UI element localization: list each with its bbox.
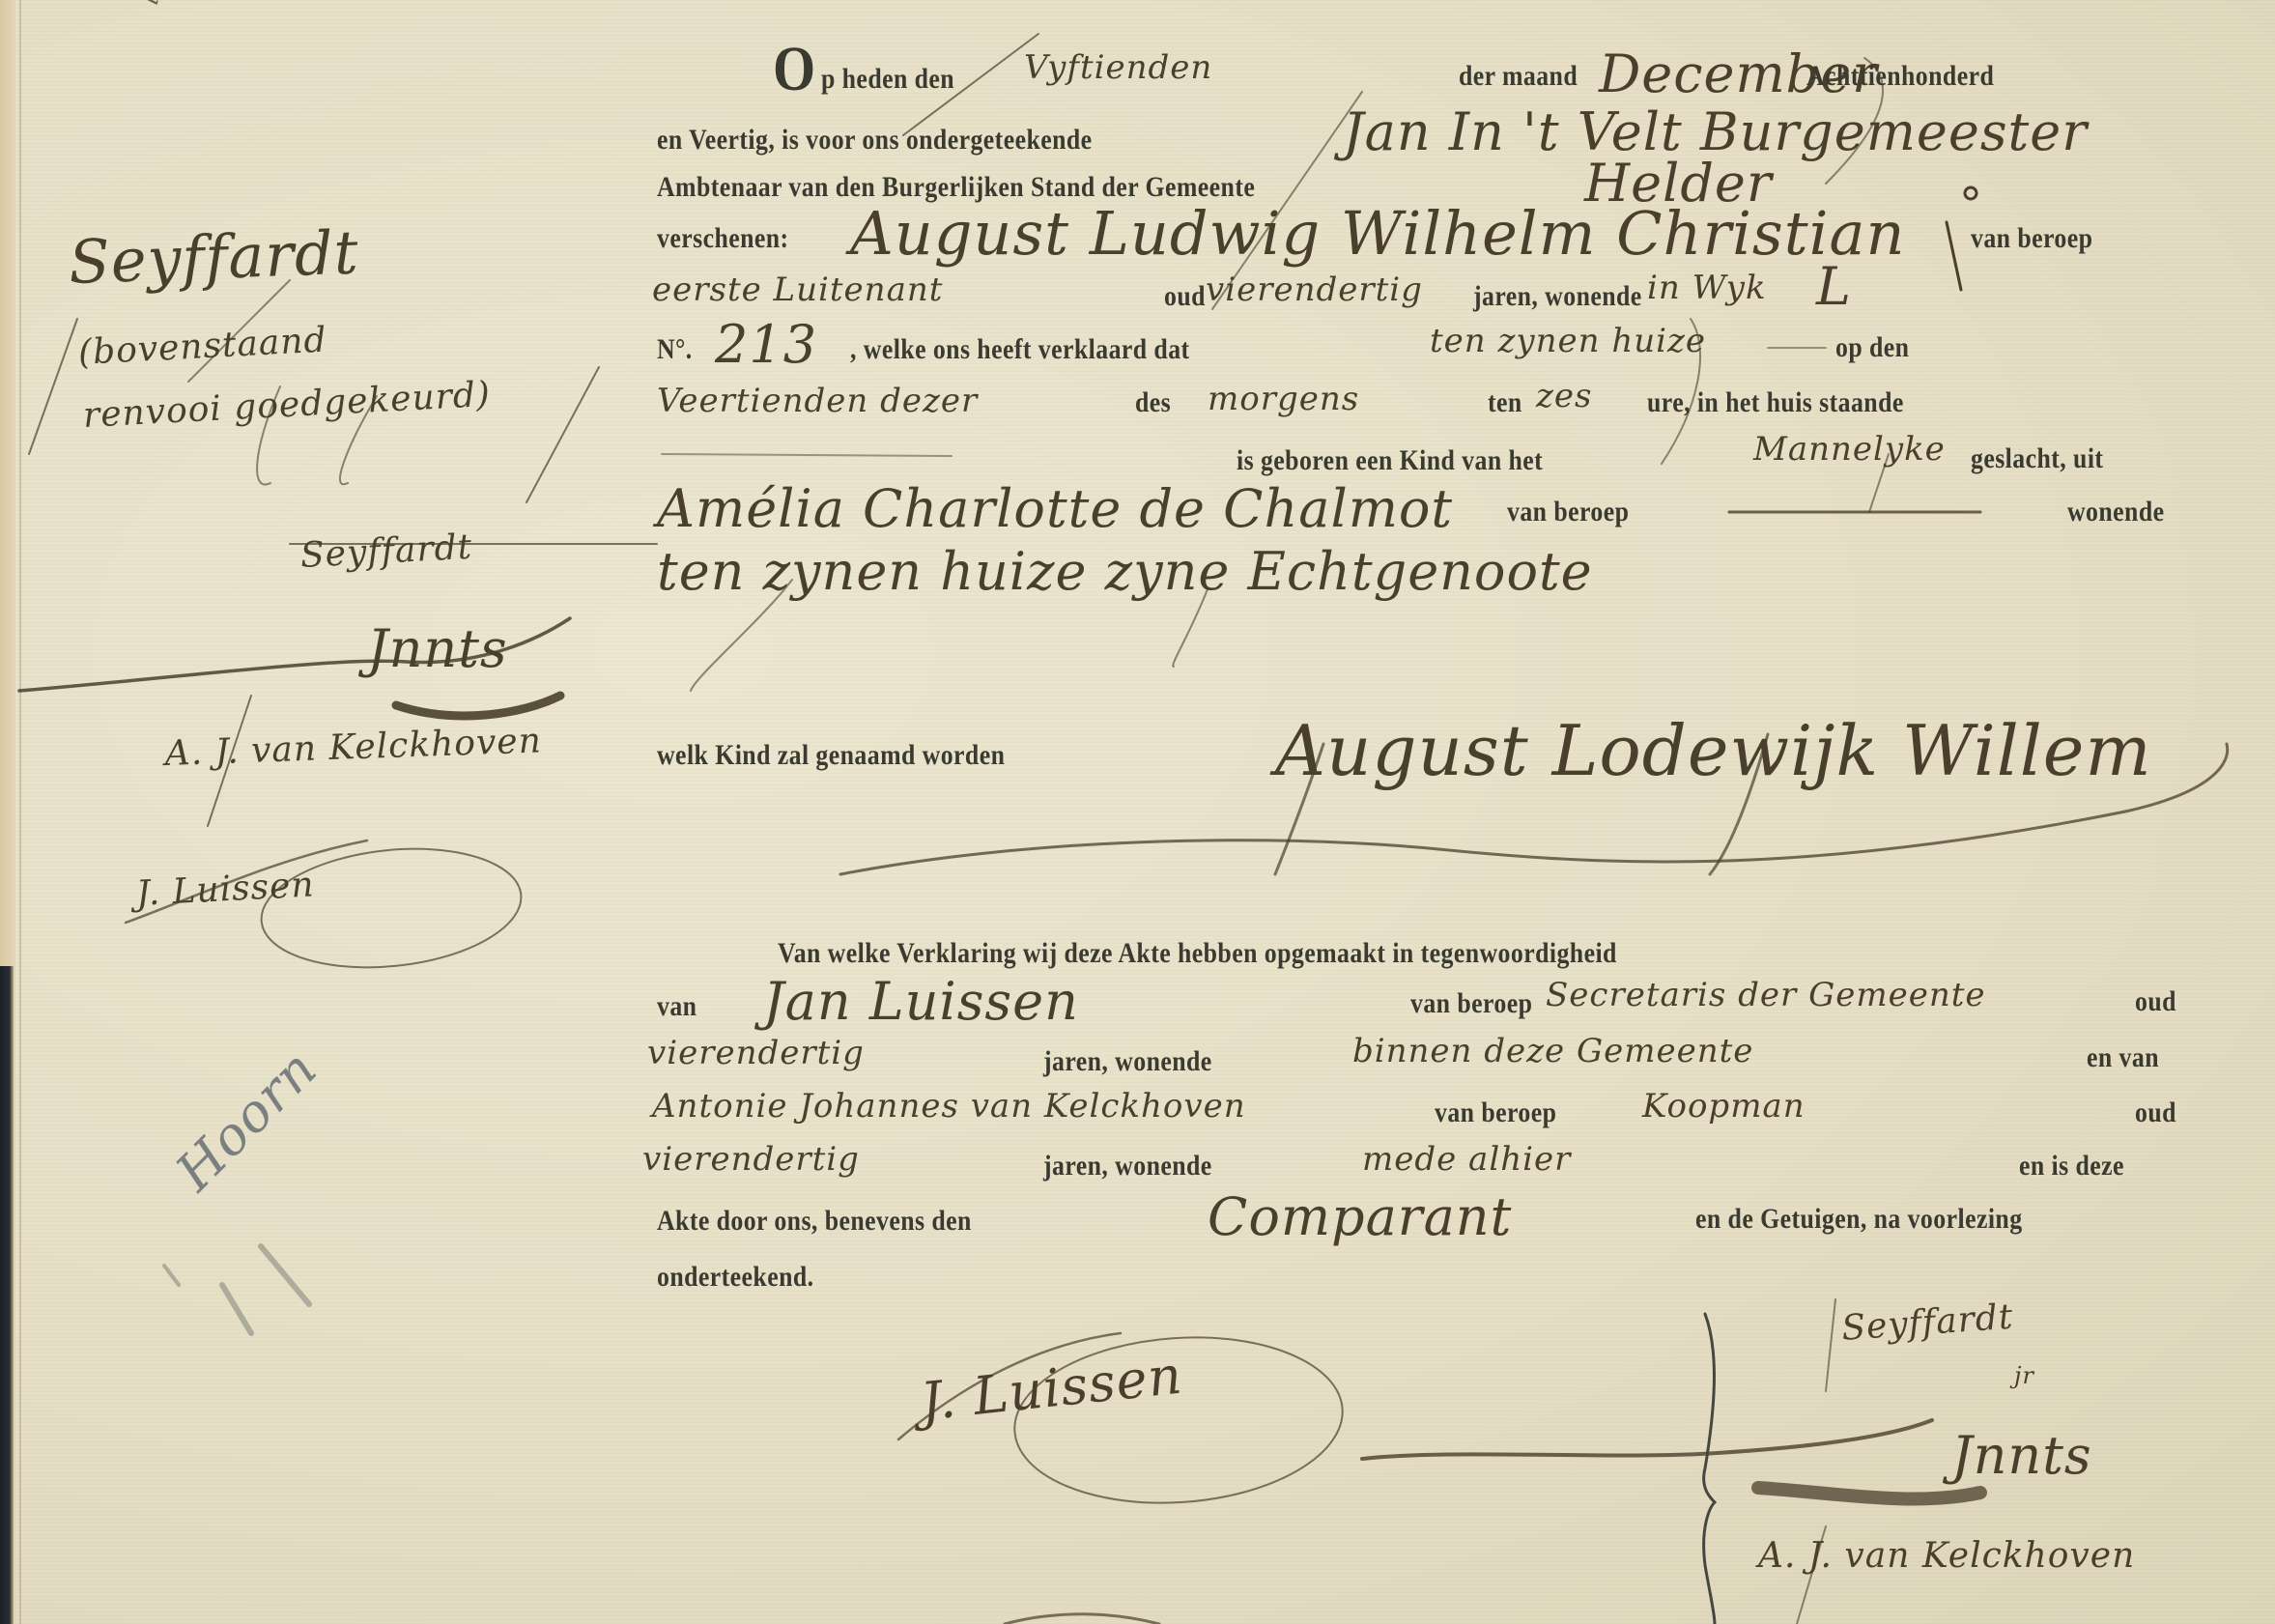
printed-line10: welk Kind zal genaamd worden bbox=[657, 739, 1005, 772]
printed-line13-b: en van bbox=[2087, 1041, 2159, 1074]
printed-line16-a: Akte door ons, benevens den bbox=[657, 1205, 972, 1238]
margin-signature-jnnts: Jnnts bbox=[367, 618, 508, 679]
printed-line12-c: oud bbox=[2135, 985, 2176, 1018]
printed-line15-a: jaren, wonende bbox=[1043, 1150, 1212, 1182]
signature-bottom-right-3: A. J. van Kelckhoven bbox=[1758, 1536, 2135, 1576]
printed-line8-a: is geboren een Kind van het bbox=[1237, 444, 1543, 477]
field-mother-residence: ten zynen huize zyne Echtgenoote bbox=[657, 541, 1593, 602]
printed-line6-a: N°. bbox=[657, 333, 693, 366]
printed-line16-b: en de Getuigen, na voorlezing bbox=[1695, 1203, 2023, 1236]
margin-correction-name: Seyffardt bbox=[68, 217, 360, 298]
printed-line1-a: p heden den bbox=[821, 63, 954, 96]
printed-line7-b: ten bbox=[1488, 386, 1522, 419]
field-witness2-profession: Koopman bbox=[1642, 1087, 1806, 1125]
printed-line12-a: van bbox=[657, 990, 697, 1023]
field-declarant-residence: in Wyk bbox=[1647, 269, 1767, 307]
field-house-number: 213 bbox=[715, 314, 817, 375]
field-witness1-residence: binnen deze Gemeente bbox=[1352, 1032, 1753, 1070]
printed-line8-b: geslacht, uit bbox=[1971, 442, 2103, 475]
signature-bottom-right-1-suffix: jr bbox=[2014, 1362, 2034, 1389]
field-child-name: August Lodewijk Willem bbox=[1275, 710, 2152, 791]
printed-line12-b: van beroep bbox=[1410, 987, 1532, 1020]
field-birth-place: ten zynen huize bbox=[1430, 322, 1706, 360]
field-witness2-residence: mede alhier bbox=[1362, 1140, 1571, 1179]
field-witness1-profession: Secretaris der Gemeente bbox=[1546, 976, 1986, 1014]
printed-line4-b: van beroep bbox=[1971, 222, 2092, 255]
printed-line5-a: oud bbox=[1164, 280, 1206, 313]
printed-initial-o: O bbox=[773, 41, 816, 99]
field-time-of-day: morgens bbox=[1208, 380, 1359, 418]
field-hour: zes bbox=[1536, 377, 1592, 415]
document-page: ler Seyffardt (bovenstaand renvooi goedg… bbox=[0, 0, 2275, 1624]
field-mother-name: Amélia Charlotte de Chalmot bbox=[657, 478, 1453, 539]
field-witness2-age: vierendertig bbox=[642, 1140, 860, 1179]
printed-line5-b: jaren, wonende bbox=[1473, 280, 1642, 313]
field-sex: Mannelyke bbox=[1753, 430, 1946, 469]
printed-line6-c: op den bbox=[1835, 331, 1909, 364]
field-birth-day: Veertienden dezer bbox=[657, 382, 978, 420]
printed-line1-c: Achttienhonderd bbox=[1806, 60, 1994, 93]
printed-line2: en Veertig, is voor ons ondergeteekende bbox=[657, 124, 1093, 157]
field-signer-role: Comparant bbox=[1208, 1186, 1512, 1247]
printed-line7-c: ure, in het huis staande bbox=[1647, 386, 1904, 419]
printed-line9-b: wonende bbox=[2067, 496, 2164, 528]
field-declarant-name: August Ludwig Wilhelm Christian bbox=[850, 198, 1905, 269]
printed-line14-a: van beroep bbox=[1435, 1097, 1556, 1129]
printed-line17: onderteekend. bbox=[657, 1261, 814, 1294]
field-witness1-name: Jan Luissen bbox=[763, 971, 1079, 1032]
printed-line4-a: verschenen: bbox=[657, 222, 789, 255]
field-declarant-profession: eerste Luitenant bbox=[652, 271, 943, 309]
field-wyk-number: L bbox=[1816, 256, 1852, 317]
printed-line6-b: , welke ons heeft verklaard dat bbox=[850, 333, 1190, 366]
printed-line11: Van welke Verklaring wij deze Akte hebbe… bbox=[778, 937, 1617, 970]
field-declarant-age: vierendertig bbox=[1206, 271, 1423, 309]
printed-line9-a: van beroep bbox=[1507, 496, 1629, 528]
printed-line1-b: der maand bbox=[1459, 60, 1578, 93]
printed-line14-b: oud bbox=[2135, 1097, 2176, 1129]
printed-line7-a: des bbox=[1135, 386, 1171, 419]
printed-line15-b: en is deze bbox=[2019, 1150, 2124, 1182]
field-day: Vyftienden bbox=[1024, 48, 1212, 87]
signature-bottom-right-2: Jnnts bbox=[1951, 1425, 2092, 1486]
field-witness1-age: vierendertig bbox=[647, 1034, 865, 1072]
field-witness2-name: Antonie Johannes van Kelckhoven bbox=[652, 1087, 1246, 1125]
printed-line13-a: jaren, wonende bbox=[1043, 1045, 1212, 1078]
